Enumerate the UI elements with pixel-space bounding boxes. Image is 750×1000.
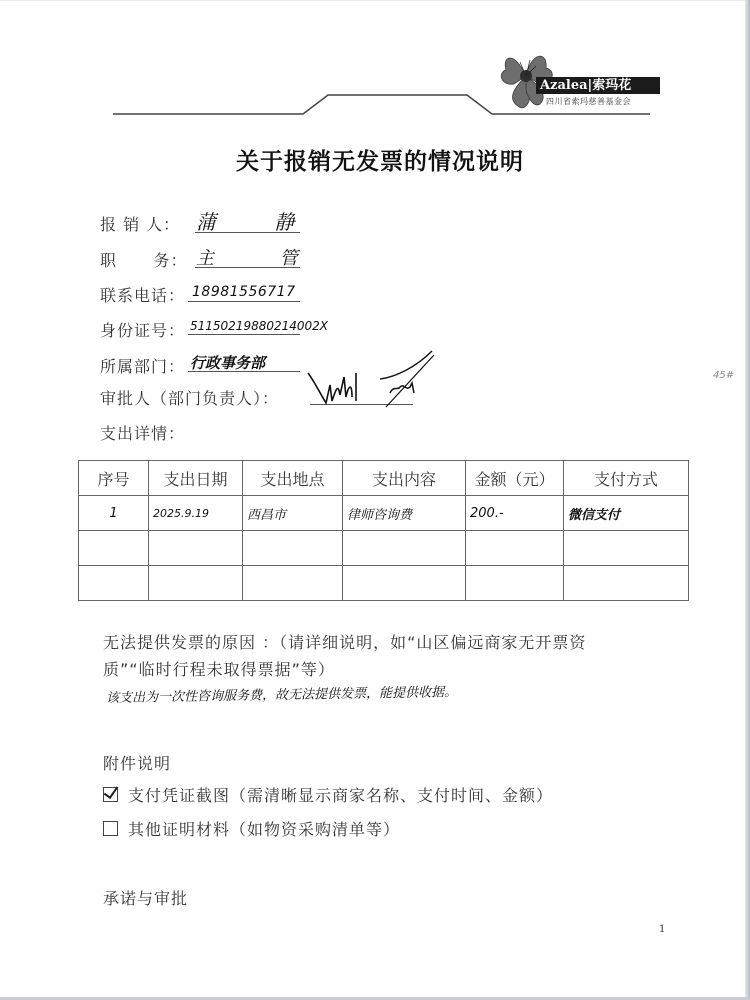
cell-date: 2025.9.19 (149, 496, 243, 531)
checkbox-unchecked-icon[interactable] (103, 821, 118, 836)
document-title: 关于报销无发票的情况说明 (0, 143, 750, 176)
phone-underline (188, 301, 300, 302)
claimant-label: 报 销 人： (100, 212, 180, 235)
cell-payment-method (564, 566, 689, 601)
cell-location (243, 531, 343, 566)
cell-content (343, 566, 466, 601)
cell-date (149, 566, 243, 601)
field-id-number: 身份证号： (100, 318, 185, 341)
cell-amount: 200.- (466, 496, 564, 531)
id-number-value: 51150219880214002X (190, 319, 328, 333)
checkbox-checked-icon[interactable] (103, 787, 118, 802)
attachment-item-other-proof: 其他证明材料（如物资采购清单等） (103, 817, 400, 840)
department-value: 行政事务部 (190, 352, 265, 373)
header-index: 序号 (79, 461, 149, 496)
cell-date (149, 531, 243, 566)
cell-location: 西昌市 (243, 496, 343, 531)
position-label: 职 务： (100, 248, 188, 271)
field-expense-details: 支出详情： (100, 421, 185, 444)
id-number-underline (188, 334, 300, 335)
cell-payment-method (564, 531, 689, 566)
cell-index: 1 (79, 496, 149, 531)
claimant-underline (195, 232, 300, 233)
header-date: 支出日期 (149, 461, 243, 496)
header-location: 支出地点 (243, 461, 343, 496)
page-number: 1 (659, 924, 665, 935)
cell-content (343, 531, 466, 566)
reason-handwritten: 该支出为一次性咨询服务费，故无法提供发票，能提供收据。 (106, 681, 457, 706)
cell-index (79, 531, 149, 566)
reason-prompt-line2: 质”“临时行程未取得票据”等） (103, 657, 335, 680)
cell-payment-method: 微信支付 (564, 496, 689, 531)
attachment-item-payment-screenshot: 支付凭证截图（需清晰显示商家名称、支付时间、金额） (103, 783, 553, 806)
field-department: 所属部门： (100, 354, 185, 377)
field-phone: 联系电话： (100, 283, 185, 306)
field-approver: 审批人（部门负责人）： (100, 386, 279, 409)
table-row (79, 531, 689, 566)
header-content: 支出内容 (343, 461, 466, 496)
position-underline (195, 267, 300, 268)
attachment-label: 其他证明材料（如物资采购清单等） (128, 820, 400, 839)
id-number-label: 身份证号： (100, 318, 185, 341)
approver-signature (300, 345, 450, 415)
department-label: 所属部门： (100, 354, 185, 377)
approver-label: 审批人（部门负责人）： (100, 386, 279, 409)
margin-note: 45# (713, 370, 734, 381)
cell-content: 律师咨询费 (343, 496, 466, 531)
table-row: 1 2025.9.19 西昌市 律师咨询费 200.- 微信支付 (79, 496, 689, 531)
reason-prompt-line1: 无法提供发票的原因 ：（请详细说明，如“山区偏远商家无开票资 (103, 630, 586, 653)
header-amount: 金额（元） (466, 461, 564, 496)
table-row (79, 566, 689, 601)
claimant-value: 蒲 静 (196, 206, 320, 235)
phone-value: 18981556717 (192, 284, 295, 300)
attachments-heading: 附件说明 (103, 751, 171, 774)
expense-table: 序号 支出日期 支出地点 支出内容 金额（元） 支付方式 1 2025.9.19… (78, 460, 689, 601)
cell-index (79, 566, 149, 601)
cell-amount (466, 531, 564, 566)
expense-details-label: 支出详情： (100, 421, 185, 444)
cell-location (243, 566, 343, 601)
cell-amount (466, 566, 564, 601)
table-header-row: 序号 支出日期 支出地点 支出内容 金额（元） 支付方式 (79, 461, 689, 496)
field-position: 职 务： (100, 248, 188, 271)
field-claimant: 报 销 人： (100, 212, 180, 235)
header-payment-method: 支付方式 (564, 461, 689, 496)
foundation-logo: Azalea|索玛花 四川省索玛慈善基金会 (496, 46, 666, 116)
attachment-label: 支付凭证截图（需清晰显示商家名称、支付时间、金额） (128, 786, 553, 805)
phone-label: 联系电话： (100, 283, 185, 306)
department-underline (188, 371, 300, 372)
logo-brand-text: Azalea|索玛花 (536, 77, 660, 94)
commitment-heading: 承诺与审批 (103, 886, 188, 909)
logo-subtitle: 四川省索玛慈善基金会 (546, 96, 631, 107)
